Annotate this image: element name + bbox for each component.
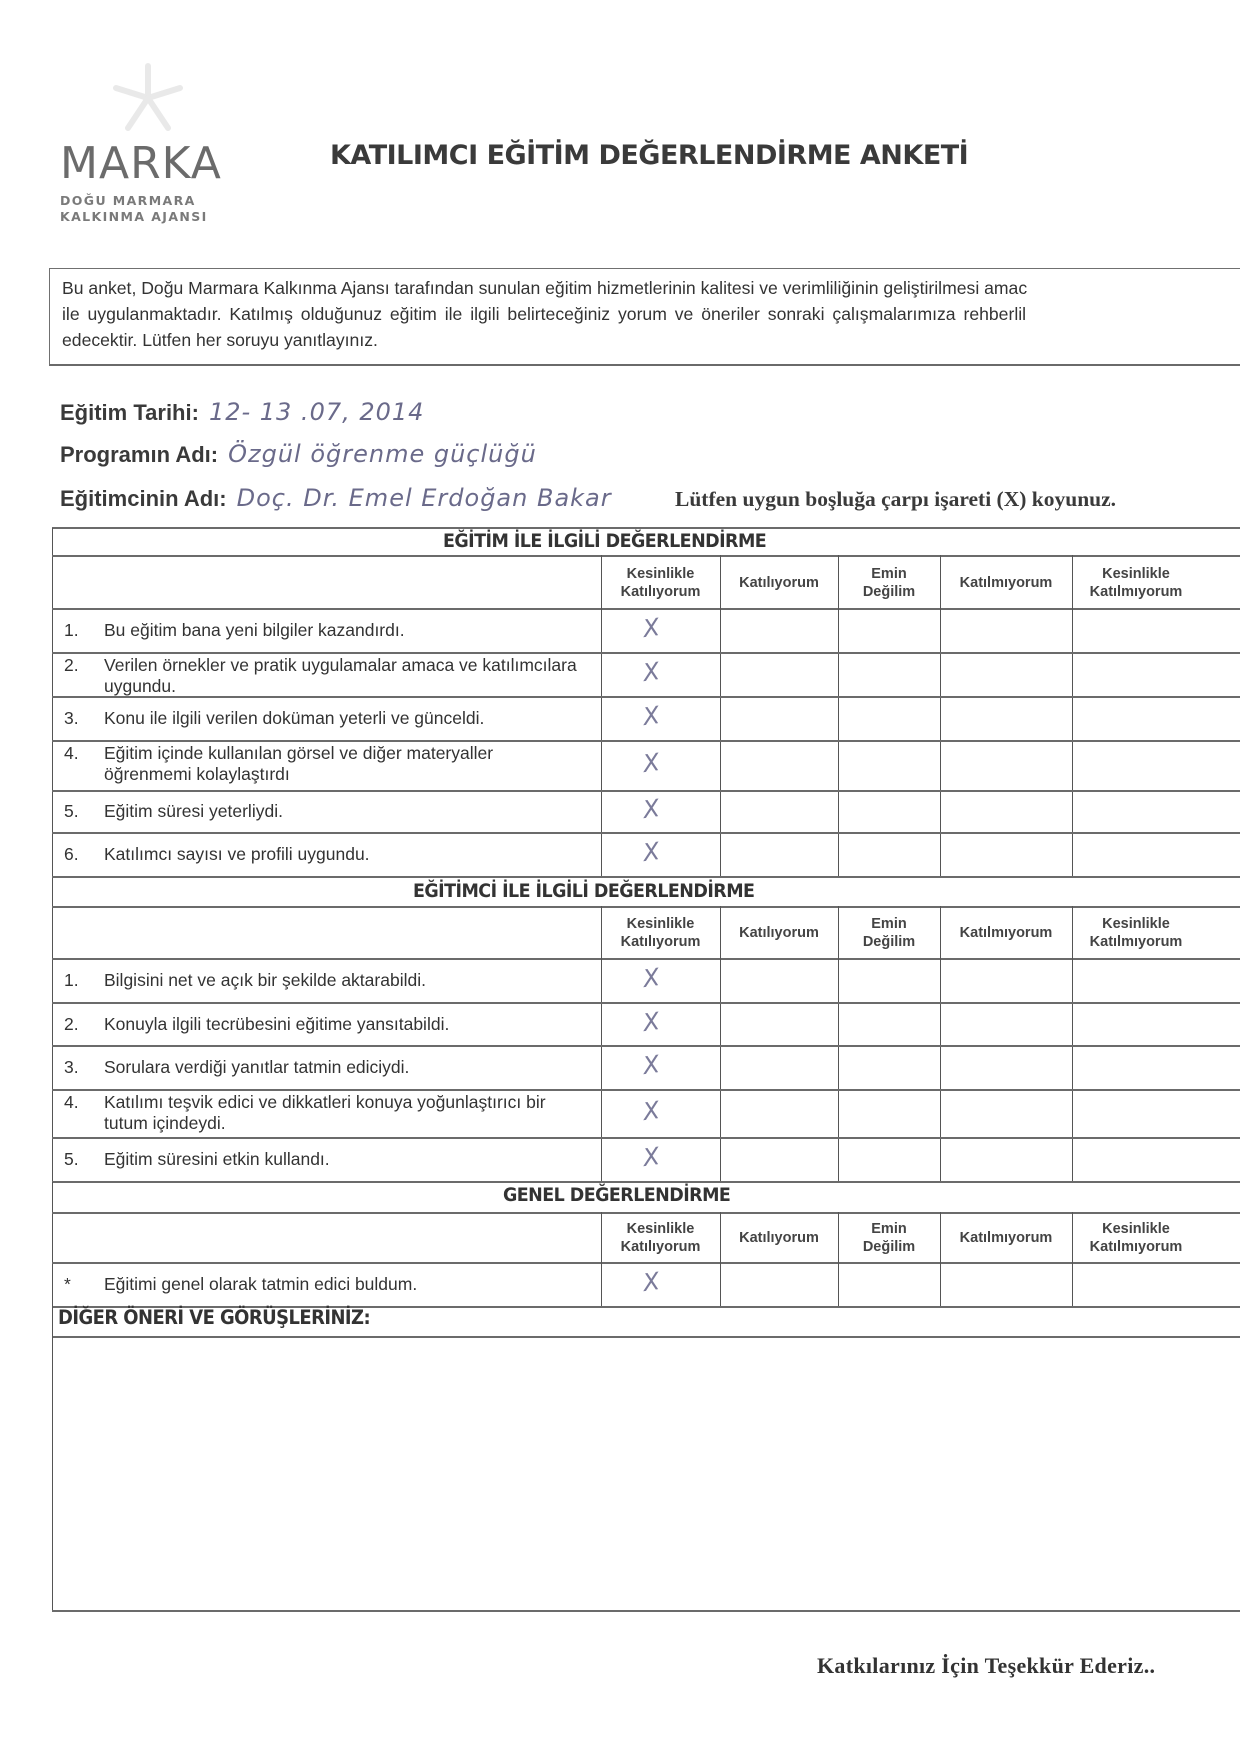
trainer-label: Eğitimcinin Adı:: [60, 486, 227, 511]
question-number: 4.: [64, 743, 104, 764]
answer-cell[interactable]: [720, 740, 838, 790]
question-text: Sorulara verdiği yanıtlar tatmin ediciyd…: [104, 1057, 583, 1078]
thanks-footer: Katkılarınız İçin Teşekkür Ederiz..: [817, 1653, 1155, 1679]
answer-cell[interactable]: [1072, 1089, 1200, 1137]
date-label: Eğitim Tarihi:: [60, 400, 199, 425]
page-title: KATILIMCI EĞİTİM DEĞERLENDİRME ANKETİ: [330, 140, 968, 171]
question-number: 5.: [64, 1149, 104, 1170]
answer-cell[interactable]: [940, 1262, 1072, 1306]
answer-cell[interactable]: [1072, 1002, 1200, 1045]
column-header: Katılmıyorum: [940, 908, 1072, 958]
question-number: 2.: [64, 1014, 104, 1035]
rule-line: [52, 527, 1240, 529]
question-number: 3.: [64, 708, 104, 729]
question-text: Verilen örnekler ve pratik uygulamalar a…: [104, 655, 583, 697]
column-header: Kesinlikle Katılmıyorum: [1072, 557, 1200, 608]
question-text: Konuyla ilgili tecrübesini eğitime yansı…: [104, 1014, 583, 1035]
program-label: Programın Adı:: [60, 442, 218, 467]
answer-cell[interactable]: [940, 1002, 1072, 1045]
answer-cell[interactable]: [720, 1002, 838, 1045]
question-row: *Eğitimi genel olarak tatmin edici buldu…: [64, 1274, 593, 1295]
question-number: 5.: [64, 801, 104, 822]
answer-cell[interactable]: [601, 1045, 720, 1089]
question-text: Konu ile ilgili verilen doküman yeterli …: [104, 708, 583, 729]
answer-cell[interactable]: [720, 958, 838, 1002]
column-header: Emin Değilim: [838, 557, 940, 608]
intro-box: Bu anket, Doğu Marmara Kalkınma Ajansı t…: [49, 268, 1240, 366]
answer-cell[interactable]: [838, 696, 940, 740]
answer-cell[interactable]: [838, 790, 940, 832]
column-header: Katılmıyorum: [940, 1214, 1072, 1262]
question-text: Katılımı teşvik edici ve dikkatleri konu…: [104, 1092, 583, 1134]
answer-cell[interactable]: [601, 740, 720, 790]
question-number: 6.: [64, 844, 104, 865]
question-row: 3.Sorulara verdiği yanıtlar tatmin edici…: [64, 1057, 593, 1078]
answer-cell[interactable]: [838, 608, 940, 652]
answer-cell[interactable]: [601, 1089, 720, 1137]
answer-cell[interactable]: [838, 1089, 940, 1137]
answer-cell[interactable]: [940, 652, 1072, 696]
question-row: 5.Eğitim süresini etkin kullandı.: [64, 1149, 593, 1170]
answer-cell[interactable]: [601, 696, 720, 740]
answer-cell[interactable]: [940, 790, 1072, 832]
answer-cell[interactable]: [720, 1045, 838, 1089]
answer-cell[interactable]: [601, 790, 720, 832]
column-header: Kesinlikle Katılıyorum: [601, 908, 720, 958]
answer-cell[interactable]: [720, 790, 838, 832]
answer-cell[interactable]: [720, 608, 838, 652]
column-header: Katılmıyorum: [940, 557, 1072, 608]
rule-line: [52, 1181, 1240, 1183]
column-header: Emin Değilim: [838, 908, 940, 958]
column-header: Kesinlikle Katılmıyorum: [1072, 1214, 1200, 1262]
question-number: 4.: [64, 1092, 104, 1113]
question-row: 3.Konu ile ilgili verilen doküman yeterl…: [64, 708, 593, 729]
answer-cell[interactable]: [720, 652, 838, 696]
question-text: Katılımcı sayısı ve profili uygundu.: [104, 844, 583, 865]
answer-cell[interactable]: [1072, 1262, 1200, 1306]
section-title-training: EĞİTİM İLE İLGİLİ DEĞERLENDİRME: [443, 530, 766, 552]
answer-cell[interactable]: [601, 1262, 720, 1306]
answer-cell[interactable]: [601, 1002, 720, 1045]
answer-cell[interactable]: [1072, 790, 1200, 832]
logo-star-icon: [112, 62, 184, 134]
answer-cell[interactable]: [601, 608, 720, 652]
question-number: 1.: [64, 970, 104, 991]
column-header: Kesinlikle Katılıyorum: [601, 557, 720, 608]
program-field[interactable]: Programın Adı:Özgül öğrenme güçlüğü: [60, 440, 537, 468]
section-title-trainer: EĞİTİMCİ İLE İLGİLİ DEĞERLENDİRME: [413, 880, 754, 902]
answer-cell[interactable]: [940, 1045, 1072, 1089]
answer-cell[interactable]: [601, 652, 720, 696]
question-row: 4.Eğitim içinde kullanılan görsel ve diğ…: [64, 743, 593, 785]
answer-cell[interactable]: [1072, 958, 1200, 1002]
answer-cell[interactable]: [838, 652, 940, 696]
intro-line: edecektir. Lütfen her soruyu yanıtlayını…: [62, 327, 1240, 353]
column-header: Katılıyorum: [720, 1214, 838, 1262]
question-text: Bu eğitim bana yeni bilgiler kazandırdı.: [104, 620, 583, 641]
answer-cell[interactable]: [1072, 740, 1200, 790]
question-text: Eğitim süresini etkin kullandı.: [104, 1149, 583, 1170]
answer-cell[interactable]: [940, 608, 1072, 652]
rule-line: [52, 876, 1240, 878]
trainer-value[interactable]: Doç. Dr. Emel Erdoğan Bakar: [237, 484, 612, 512]
logo-subtitle-1: DOĞU MARMARA: [60, 193, 196, 208]
answer-cell[interactable]: [838, 1002, 940, 1045]
answer-cell[interactable]: [838, 1045, 940, 1089]
answer-cell[interactable]: [940, 696, 1072, 740]
answer-cell[interactable]: [940, 1137, 1072, 1181]
answer-cell[interactable]: [601, 1137, 720, 1181]
answer-cell[interactable]: [601, 958, 720, 1002]
column-header: Kesinlikle Katılmıyorum: [1072, 908, 1200, 958]
question-number: 3.: [64, 1057, 104, 1078]
answer-cell[interactable]: [838, 1262, 940, 1306]
answer-cell[interactable]: [601, 832, 720, 876]
other-comments-textarea[interactable]: [52, 1337, 1240, 1612]
answer-cell[interactable]: [838, 1137, 940, 1181]
answer-cell[interactable]: [1072, 696, 1200, 740]
question-row: 2.Konuyla ilgili tecrübesini eğitime yan…: [64, 1014, 593, 1035]
other-comments-title: DİĞER ÖNERİ VE GÖRÜŞLERİNİZ:: [58, 1306, 370, 1329]
question-row: 4.Katılımı teşvik edici ve dikkatleri ko…: [64, 1092, 593, 1134]
answer-cell[interactable]: [720, 696, 838, 740]
question-row: 5.Eğitim süresi yeterliydi.: [64, 801, 593, 822]
answer-cell[interactable]: [838, 958, 940, 1002]
answer-cell[interactable]: [1072, 1045, 1200, 1089]
question-row: 6.Katılımcı sayısı ve profili uygundu.: [64, 844, 593, 865]
answer-cell[interactable]: [720, 1089, 838, 1137]
answer-cell[interactable]: [940, 958, 1072, 1002]
answer-cell[interactable]: [1072, 608, 1200, 652]
column-divider: [52, 1182, 53, 1306]
column-divider: [52, 878, 53, 1181]
date-value[interactable]: 12- 13 .07, 2014: [209, 398, 425, 426]
column-header: Emin Değilim: [838, 1214, 940, 1262]
section-title-general: GENEL DEĞERLENDİRME: [503, 1184, 730, 1206]
date-field[interactable]: Eğitim Tarihi:12- 13 .07, 2014: [60, 398, 424, 426]
question-text: Bilgisini net ve açık bir şekilde aktara…: [104, 970, 583, 991]
answer-cell[interactable]: [940, 1089, 1072, 1137]
program-value[interactable]: Özgül öğrenme güçlüğü: [228, 440, 537, 468]
question-number: 2.: [64, 655, 104, 676]
answer-cell[interactable]: [838, 832, 940, 876]
answer-cell[interactable]: [720, 832, 838, 876]
question-text: Eğitim içinde kullanılan görsel ve diğer…: [104, 743, 583, 785]
logo-name: MARKA: [60, 138, 222, 189]
answer-cell[interactable]: [720, 1262, 838, 1306]
trainer-field[interactable]: Eğitimcinin Adı:Doç. Dr. Emel Erdoğan Ba…: [60, 484, 612, 512]
intro-line: ile uygulanmaktadır. Katılmış olduğunuz …: [62, 301, 1240, 327]
column-divider: [52, 528, 53, 876]
question-row: 2.Verilen örnekler ve pratik uygulamalar…: [64, 655, 593, 697]
answer-cell[interactable]: [838, 740, 940, 790]
column-header: Katılıyorum: [720, 908, 838, 958]
answer-cell[interactable]: [940, 740, 1072, 790]
question-text: Eğitimi genel olarak tatmin edici buldum…: [104, 1274, 583, 1295]
logo-subtitle-2: KALKINMA AJANSI: [60, 209, 208, 224]
answer-cell[interactable]: [1072, 652, 1200, 696]
question-number: 1.: [64, 620, 104, 641]
instruction-text: Lütfen uygun boşluğa çarpı işareti (X) k…: [675, 487, 1116, 512]
answer-cell[interactable]: [940, 832, 1072, 876]
column-header: Kesinlikle Katılıyorum: [601, 1214, 720, 1262]
question-text: Eğitim süresi yeterliydi.: [104, 801, 583, 822]
answer-cell[interactable]: [720, 1137, 838, 1181]
answer-cell[interactable]: [1072, 832, 1200, 876]
column-header: Katılıyorum: [720, 557, 838, 608]
intro-line: Bu anket, Doğu Marmara Kalkınma Ajansı t…: [62, 275, 1240, 301]
question-row: 1.Bu eğitim bana yeni bilgiler kazandırd…: [64, 620, 593, 641]
answer-cell[interactable]: [1072, 1137, 1200, 1181]
question-row: 1.Bilgisini net ve açık bir şekilde akta…: [64, 970, 593, 991]
question-number: *: [64, 1274, 104, 1295]
